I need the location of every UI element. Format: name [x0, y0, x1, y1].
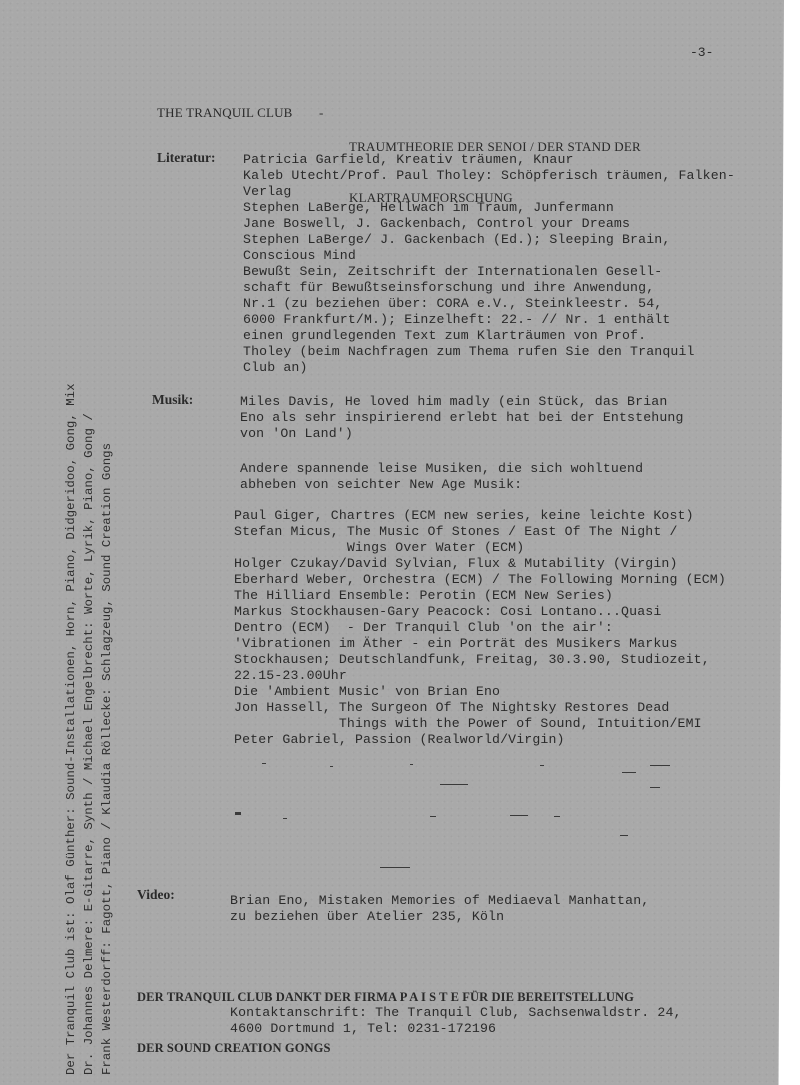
text-line: Kontaktanschrift: The Tranquil Club, Sac… [230, 1005, 682, 1021]
header-dash: - [319, 104, 324, 121]
text-line: Wings Over Water (ECM) [234, 540, 726, 556]
text-line: Stefan Micus, The Music Of Stones / East… [234, 524, 726, 540]
text-line: Stephen LaBerge, Hellwach im Traum, Junf… [243, 200, 735, 216]
text-line: Die 'Ambient Music' von Brian Eno [234, 684, 726, 700]
video-label: Video: [137, 887, 175, 903]
text-line: Patricia Garfield, Kreativ träumen, Knau… [243, 152, 735, 168]
text-line: Miles Davis, He loved him madly (ein Stü… [240, 394, 684, 410]
text-line: Peter Gabriel, Passion (Realworld/Virgin… [234, 732, 726, 748]
musik-label: Musik: [152, 392, 193, 408]
text-line: Conscious Mind [243, 248, 735, 264]
text-line: abheben von seichter New Age Musik: [240, 477, 643, 493]
text-line: Holger Czukay/David Sylvian, Flux & Muta… [234, 556, 726, 572]
text-line: 4600 Dortmund 1, Tel: 0231-172196 [230, 1021, 682, 1037]
document-header: THE TRANQUIL CLUB - TRAUMTHEORIE DER SEN… [157, 104, 171, 189]
scanned-page: -3- THE TRANQUIL CLUB - TRAUMTHEORIE DER… [0, 0, 784, 1085]
literatur-list: Patricia Garfield, Kreativ träumen, Knau… [243, 152, 735, 376]
text-line: schaft für Bewußtseinsforschung und ihre… [243, 280, 735, 296]
members-sidebar: Der Tranquil Club ist: Olaf Günther: Sou… [62, 383, 116, 1075]
text-line: Verlag [243, 184, 735, 200]
musik-other-intro: Andere spannende leise Musiken, die sich… [240, 461, 643, 493]
text-line: Paul Giger, Chartres (ECM new series, ke… [234, 508, 726, 524]
text-line: Stephen LaBerge/ J. Gackenbach (Ed.); Sl… [243, 232, 735, 248]
text-line: Andere spannende leise Musiken, die sich… [240, 461, 643, 477]
thanks-line: DER TRANQUIL CLUB DANKT DER FIRMA P A I … [137, 989, 634, 1006]
text-line: Nr.1 (zu beziehen über: CORA e.V., Stein… [243, 296, 735, 312]
literatur-label: Literatur: [157, 150, 215, 166]
sidebar-line: Frank Westerdorff: Fagott, Piano / Klaud… [98, 383, 116, 1075]
text-line: zu beziehen über Atelier 235, Köln [230, 909, 649, 925]
text-line: von 'On Land') [240, 426, 684, 442]
text-line: Club an) [243, 360, 735, 376]
text-line: Eberhard Weber, Orchestra (ECM) / The Fo… [234, 572, 726, 588]
thanks-line: DER SOUND CREATION GONGS [137, 1040, 634, 1057]
text-line: Bewußt Sein, Zeitschrift der Internation… [243, 264, 735, 280]
text-line: The Hilliard Ensemble: Perotin (ECM New … [234, 588, 726, 604]
text-line: Things with the Power of Sound, Intuitio… [234, 716, 726, 732]
text-line: Jane Boswell, J. Gackenbach, Control you… [243, 216, 735, 232]
text-line: Jon Hassell, The Surgeon Of The Nightsky… [234, 700, 726, 716]
text-line: Kaleb Utecht/Prof. Paul Tholey: Schöpfer… [243, 168, 735, 184]
page-number: -3- [690, 45, 713, 60]
text-line: Stockhausen; Deutschlandfunk, Freitag, 3… [234, 652, 726, 668]
text-line: Markus Stockhausen-Gary Peacock: Cosi Lo… [234, 604, 726, 620]
musik-recordings-list: Paul Giger, Chartres (ECM new series, ke… [234, 508, 726, 748]
sidebar-line: Dr. Johannes Delmere: E-Gitarre, Synth /… [80, 383, 98, 1075]
text-line: Tholey (beim Nachfragen zum Thema rufen … [243, 344, 735, 360]
text-line: Dentro (ECM) - Der Tranquil Club 'on the… [234, 620, 726, 636]
text-line: Eno als sehr inspirierend erlebt hat bei… [240, 410, 684, 426]
sidebar-line: Der Tranquil Club ist: Olaf Günther: Sou… [62, 383, 80, 1075]
musik-intro: Miles Davis, He loved him madly (ein Stü… [240, 394, 684, 442]
text-line: 'Vibrationen im Äther - ein Porträt des … [234, 636, 726, 652]
contact-address: Kontaktanschrift: The Tranquil Club, Sac… [230, 1005, 682, 1037]
text-line: 22.15-23.00Uhr [234, 668, 726, 684]
text-line: 6000 Frankfurt/M.); Einzelheft: 22.- // … [243, 312, 735, 328]
text-line: einen grundlegenden Text zum Klarträumen… [243, 328, 735, 344]
text-line: Brian Eno, Mistaken Memories of Mediaeva… [230, 893, 649, 909]
video-list: Brian Eno, Mistaken Memories of Mediaeva… [230, 893, 649, 925]
header-club-name: THE TRANQUIL CLUB [157, 104, 293, 121]
